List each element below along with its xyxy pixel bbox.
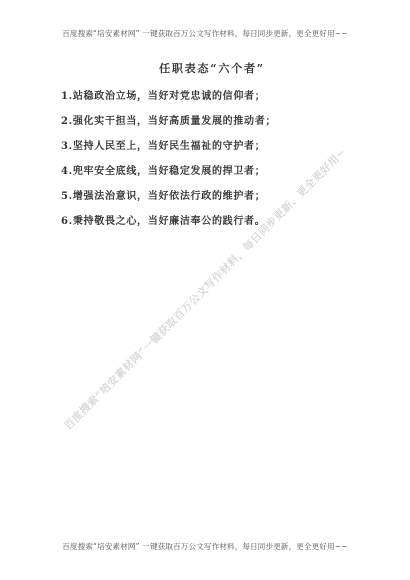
list-item: 4.兜牢安全底线，当好稳定发展的捍卫者； bbox=[61, 165, 380, 179]
list-item: 2.强化实干担当，当好高质量发展的推动者； bbox=[61, 115, 380, 129]
document-page: 百度搜索“培安素材网” 一键获取百万公文写作材料，每日同步更新，更全更好用~~ … bbox=[0, 0, 410, 580]
list-item: 3.坚持人民至上，当好民生福祉的守护者； bbox=[61, 140, 380, 154]
list-item: 1.站稳政治立场，当好对党忠诚的信仰者； bbox=[61, 90, 380, 104]
numbered-list: 1.站稳政治立场，当好对党忠诚的信仰者；2.强化实干担当，当好高质量发展的推动者… bbox=[61, 90, 380, 240]
header-promo-note: 百度搜索“培安素材网” 一键获取百万公文写作材料，每日同步更新，更全更好用~~ bbox=[0, 28, 410, 39]
footer-promo-note: 百度搜索“培安素材网” 一键获取百万公文写作材料，每日同步更新，更全更好用~~ bbox=[0, 541, 410, 552]
page-title: 任职表态“六个者” bbox=[14, 60, 410, 76]
list-item: 6.秉持敬畏之心，当好廉洁奉公的践行者。 bbox=[61, 215, 380, 229]
list-item: 5.增强法治意识，当好依法行政的维护者； bbox=[61, 190, 380, 204]
